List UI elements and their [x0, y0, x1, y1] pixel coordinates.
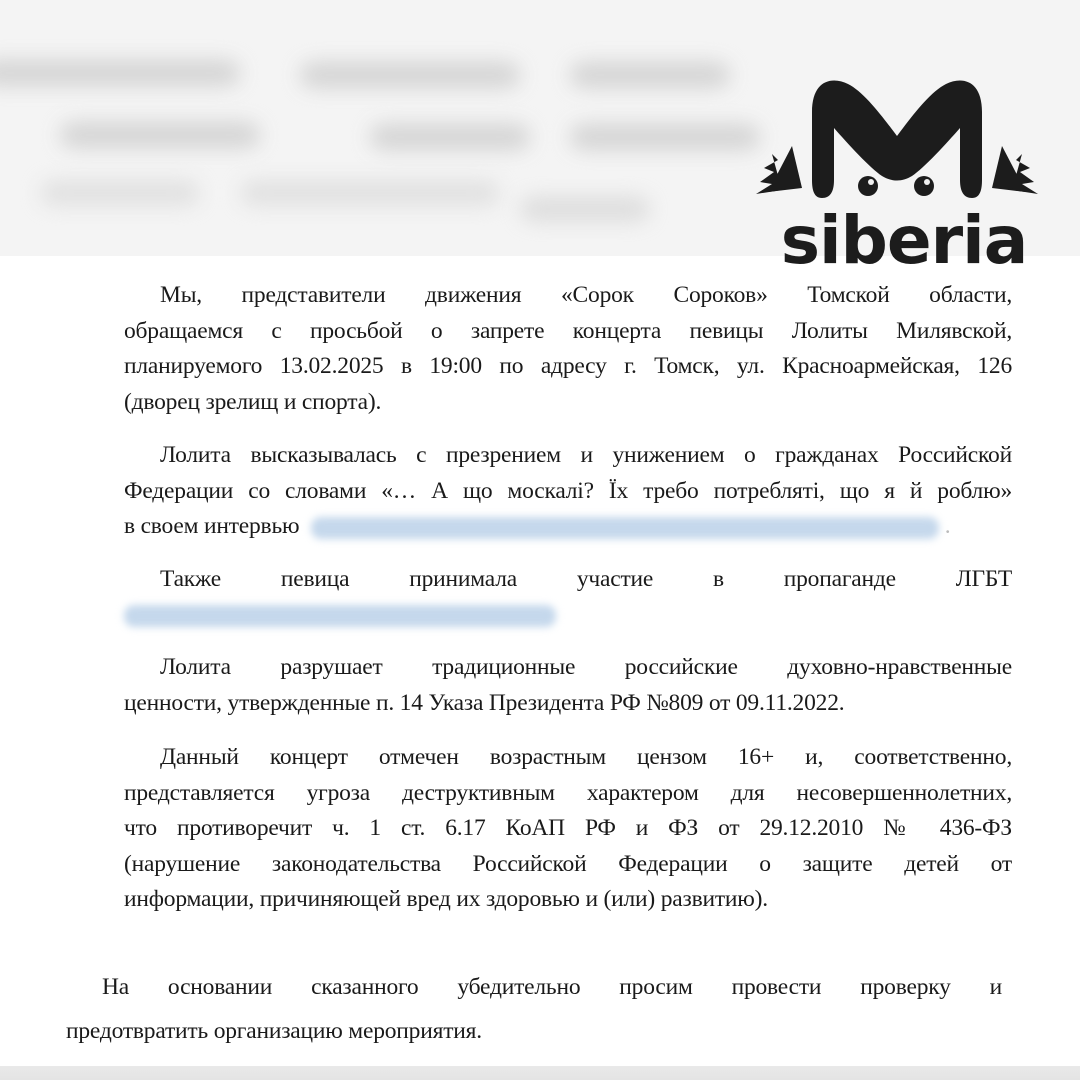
text-line: обращаемся с просьбой о запрете концерта… — [124, 314, 1012, 350]
paragraph-conclusion: На основании сказанного убедительно прос… — [66, 965, 1002, 1053]
text-line: Мы, представители движения «Сорок Сороко… — [124, 278, 1012, 314]
text-line: информации, причиняющей вред их здоровью… — [124, 882, 1012, 918]
text-line: в своем интервью . — [124, 509, 1012, 545]
text-line: что противоречит ч. 1 ст. 6.17 КоАП РФ и… — [124, 811, 1012, 847]
m-cat-with-trees-icon — [752, 72, 1042, 212]
text-fragment: . — [945, 513, 951, 539]
siberia-logo: siberia — [752, 72, 1042, 282]
blurred-link[interactable] — [311, 517, 939, 539]
brand-wordmark: siberia — [774, 208, 1034, 274]
text-line: Федерации со словами «… А що москалі? Їх… — [124, 474, 1012, 510]
text-line: На основании сказанного убедительно прос… — [66, 965, 1002, 1009]
paragraph-quote: Лолита высказывалась с презрением и униж… — [124, 438, 1012, 545]
blurred-link[interactable] — [124, 605, 556, 627]
text-line: предотвратить организацию мероприятия. — [66, 1009, 1002, 1053]
paragraph-values: Лолита разрушает традиционные российские… — [124, 650, 1012, 721]
paragraph-law: Данный концерт отмечен возрастным цензом… — [124, 740, 1012, 918]
text-line: (дворец зрелищ и спорта). — [124, 385, 1012, 421]
paragraph-request: Мы, представители движения «Сорок Сороко… — [124, 278, 1012, 420]
text-line: представляется угроза деструктивным хара… — [124, 776, 1012, 812]
paragraph-lgbt: Также певица принимала участие в пропага… — [124, 562, 1012, 633]
text-fragment: в своем интервью — [124, 513, 299, 539]
text-line: Лолита разрушает традиционные российские… — [124, 650, 1012, 686]
text-line: (нарушение законодательства Российской Ф… — [124, 847, 1012, 883]
text-line: Лолита высказывалась с презрением и униж… — [124, 438, 1012, 474]
text-line: Также певица принимала участие в пропага… — [124, 562, 1012, 598]
text-line: планируемого 13.02.2025 в 19:00 по адрес… — [124, 349, 1012, 385]
text-line — [124, 598, 1012, 634]
text-line: Данный концерт отмечен возрастным цензом… — [124, 740, 1012, 776]
page-edge — [0, 1066, 1080, 1080]
text-line: ценности, утвержденные п. 14 Указа Прези… — [124, 686, 1012, 722]
